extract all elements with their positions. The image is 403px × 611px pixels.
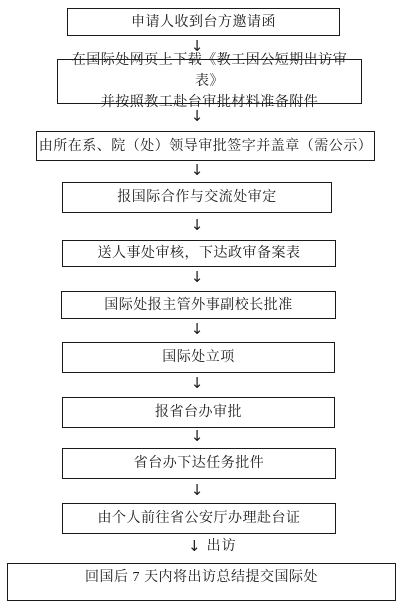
down-arrow-icon: ↓ <box>191 429 204 444</box>
down-arrow-icon: ↓ <box>191 376 204 391</box>
arrow-label: 出访 <box>207 539 237 554</box>
down-arrow-icon: ↓ <box>191 270 204 285</box>
flow-step-3: 由所在系、院（处）领导审批签字并盖章（需公示） <box>36 131 375 161</box>
down-arrow-icon: ↓ <box>191 109 204 124</box>
labeled-arrow: ↓ 出访 <box>188 539 237 554</box>
flow-step-4: 报国际合作与交流处审定 <box>62 182 332 213</box>
down-arrow-icon: ↓ <box>191 483 204 498</box>
down-arrow-icon: ↓ <box>191 218 204 233</box>
down-arrow-icon: ↓ <box>191 322 204 337</box>
flow-step-1: 申请人收到台方邀请函 <box>67 8 340 36</box>
flow-step-10: 由个人前往省公安厅办理赴台证 <box>62 503 336 534</box>
flow-step-5: 送人事处审核，下达政审备案表 <box>62 240 336 267</box>
flow-step-11: 回国后 7 天内将出访总结提交国际处 <box>7 563 396 601</box>
down-arrow-icon: ↓ <box>188 539 201 554</box>
flow-step-8: 报省台办审批 <box>62 397 335 428</box>
down-arrow-icon: ↓ <box>191 163 204 178</box>
flow-step-6: 国际处报主管外事副校长批准 <box>61 291 336 319</box>
flow-step-9: 省台办下达任务批件 <box>62 448 336 479</box>
flow-step-2: 在国际处网页上下载《教工因公短期出访审表》 并按照教工赴台审批材料准备附件 <box>57 59 362 104</box>
flowchart: 申请人收到台方邀请函 ↓ 在国际处网页上下载《教工因公短期出访审表》 并按照教工… <box>0 0 403 611</box>
flow-step-7: 国际处立项 <box>62 342 335 373</box>
